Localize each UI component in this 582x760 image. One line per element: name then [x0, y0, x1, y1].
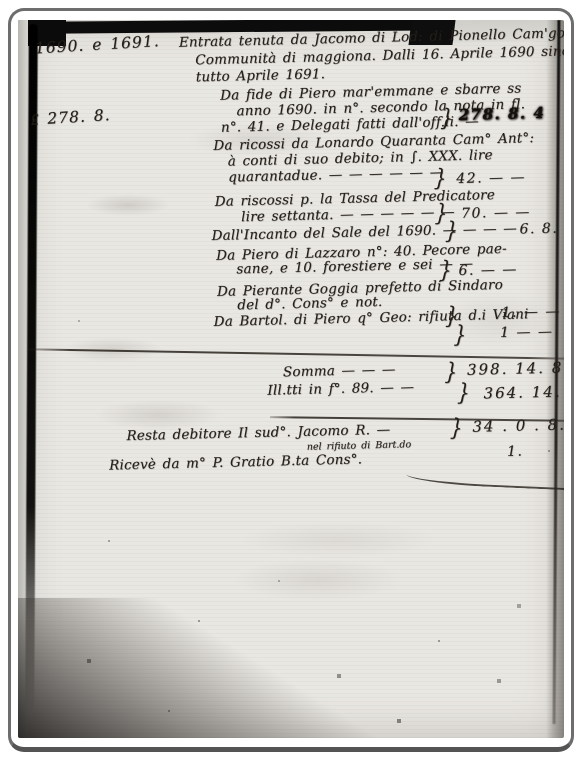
amount-value: 42. — —	[456, 169, 526, 187]
amount-value: 1. — —	[501, 304, 561, 321]
amount-value: 6. 8.	[519, 221, 558, 238]
brace-mark: }	[453, 321, 467, 350]
brace-mark: }	[457, 379, 471, 408]
year-heading: 1690. e 1691.	[34, 32, 160, 57]
handwritten-text-layer: 1690. e 1691. Entrata tenuta da Jacomo d…	[18, 20, 564, 738]
receipt-line: Ricevè da m° P. Gratio B.ta Cons°.	[109, 451, 362, 473]
somma-amount: 398. 14. 8.	[467, 358, 564, 379]
amount-value: 70. — —	[461, 204, 531, 222]
rifiuto-amount: 1.	[507, 443, 524, 459]
amount-value: 278. 8. 4	[459, 104, 546, 124]
screenshot-root: 1690. e 1691. Entrata tenuta da Jacomo d…	[0, 0, 582, 760]
header-line-3: tutto Aprile 1691.	[196, 66, 326, 85]
brace-mark: }	[444, 358, 458, 387]
manuscript-scan: 1690. e 1691. Entrata tenuta da Jacomo d…	[18, 20, 564, 738]
paid-amount: 364. 14.	[483, 383, 561, 403]
somma-label: Somma — — —	[283, 362, 396, 381]
amount-value: 1 — —	[500, 324, 554, 341]
paid-label: Ill.tti in f°. 89. — —	[267, 379, 414, 399]
margin-amount: ₤ 278. 8.	[30, 106, 111, 130]
brace-mark: }	[440, 104, 454, 133]
